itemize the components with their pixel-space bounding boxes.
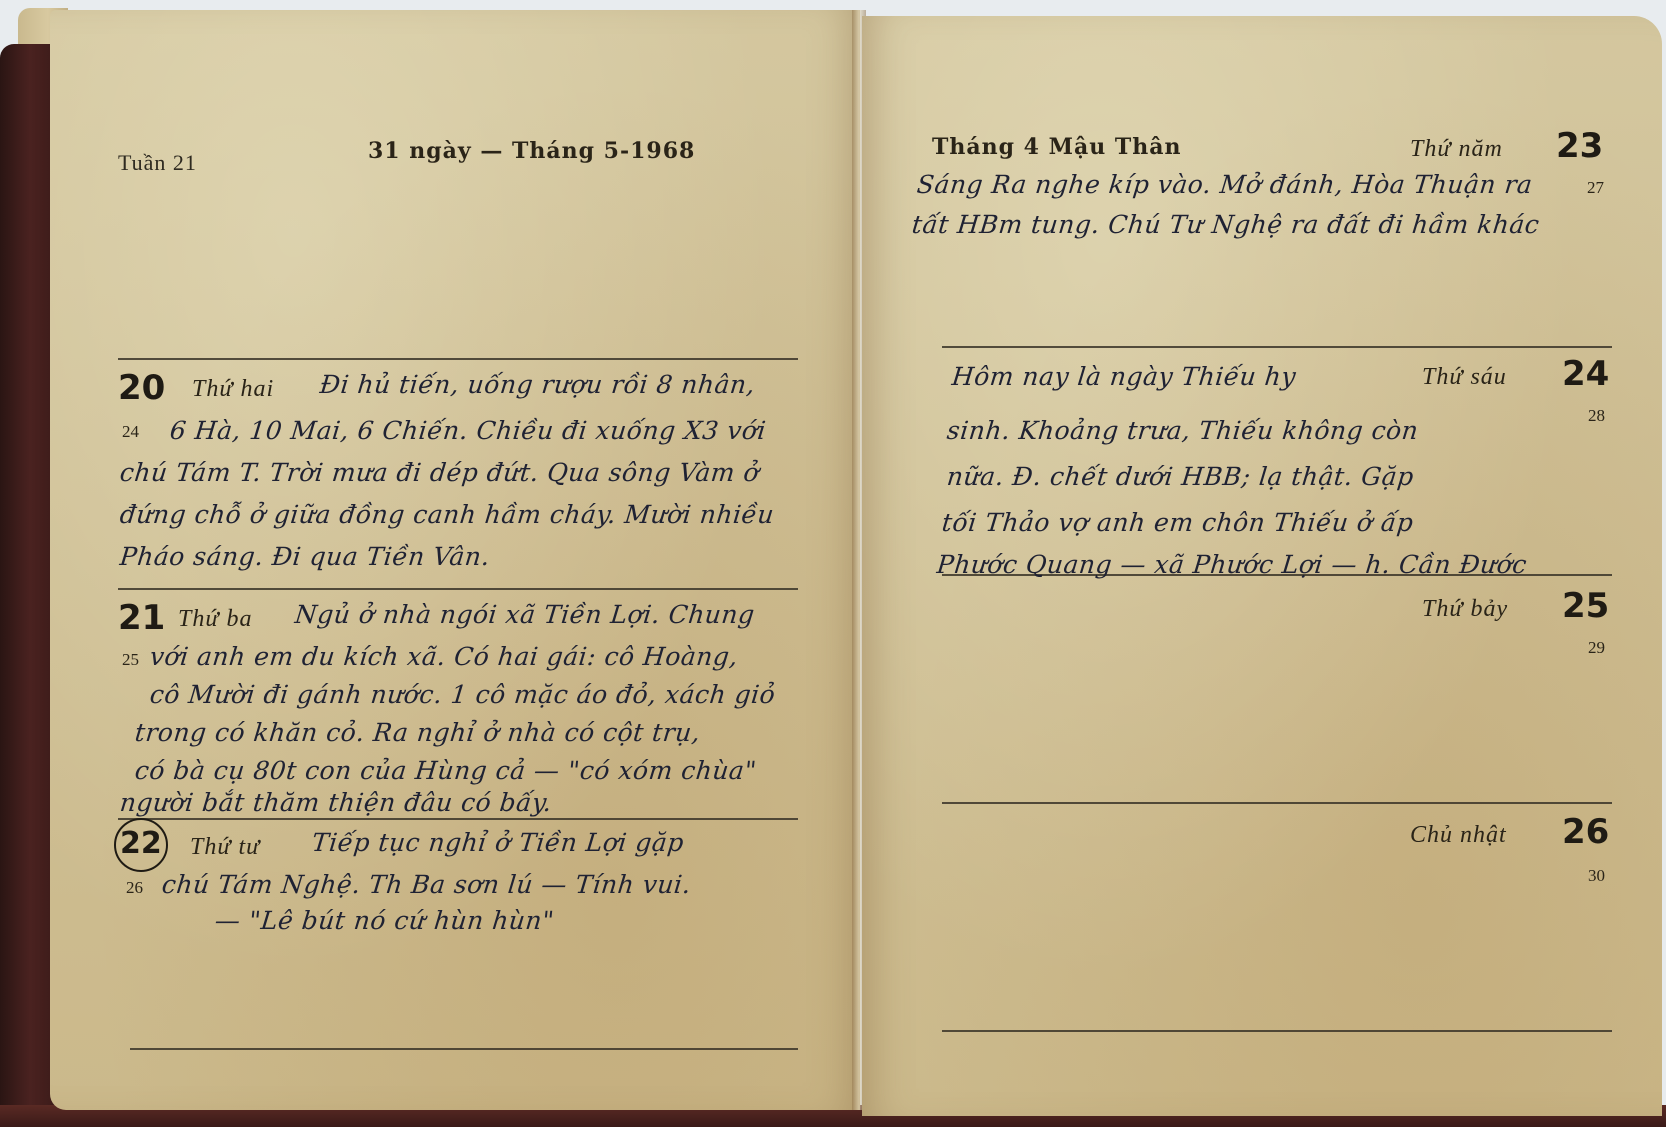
week-label: Tuần 21 xyxy=(118,150,197,176)
lunar-day: 29 xyxy=(1588,638,1605,658)
handwritten-line: Pháo sáng. Đi qua Tiền Vân. xyxy=(118,534,493,580)
handwritten-line: Phước Quang — xã Phước Lợi — h. Cần Đước xyxy=(935,542,1530,588)
handwritten-line: Tiếp tục nghỉ ở Tiền Lợi gặp xyxy=(310,820,687,866)
divider-rule xyxy=(942,802,1612,804)
weekday-label: Thứ hai xyxy=(192,376,274,403)
weekday-label: Thứ bảy xyxy=(1422,596,1508,623)
weekday-label: Thứ sáu xyxy=(1422,364,1507,391)
day-number: 23 xyxy=(1556,126,1603,166)
divider-rule xyxy=(130,1048,798,1050)
lunar-day: 26 xyxy=(126,878,143,898)
handwritten-line: tối Thảo vợ anh em chôn Thiếu ở ấp xyxy=(940,500,1416,546)
handwritten-line: sinh. Khoảng trưa, Thiếu không còn xyxy=(945,408,1421,454)
divider-rule xyxy=(118,358,798,360)
handwritten-line: — "Lê bút nó cứ hùn hùn" xyxy=(213,898,557,944)
handwritten-line: tất HBm tung. Chú Tư Nghệ ra đất đi hầm … xyxy=(910,202,1542,248)
day-number: 24 xyxy=(1562,354,1609,394)
weekday-label: Thứ tư xyxy=(190,834,260,861)
right-page: Tháng 4 Mậu Thân Thứ năm 23 27 Sáng Ra n… xyxy=(862,16,1662,1116)
handwritten-line: đứng chỗ ở giữa đồng canh hầm cháy. Mười… xyxy=(118,492,777,538)
lunar-day: 30 xyxy=(1588,866,1605,886)
left-page: Tuần 21 31 ngày — Tháng 5-1968 20 Thứ ha… xyxy=(50,10,860,1110)
weekday-label: Thứ ba xyxy=(178,606,252,633)
handwritten-line: Hôm nay là ngày Thiếu hy xyxy=(950,354,1299,400)
day-number: 25 xyxy=(1562,586,1609,626)
handwritten-line: Đi hủ tiến, uống rượu rồi 8 nhân, xyxy=(318,362,758,408)
handwritten-line: chú Tám T. Trời mưa đi dép đứt. Qua sông… xyxy=(118,450,762,496)
day-number: 20 xyxy=(118,368,165,408)
day-number: 21 xyxy=(118,598,165,638)
handwritten-line: 6 Hà, 10 Mai, 6 Chiến. Chiều đi xuống X3… xyxy=(168,408,769,454)
day-number: 22 xyxy=(120,826,162,861)
weekday-label: Thứ năm xyxy=(1410,136,1503,163)
lunar-day: 28 xyxy=(1588,406,1605,426)
lunar-day: 24 xyxy=(122,422,139,442)
month-header: 31 ngày — Tháng 5-1968 xyxy=(368,138,695,164)
divider-rule xyxy=(118,588,798,590)
day-number: 26 xyxy=(1562,812,1609,852)
lunar-day: 25 xyxy=(122,650,139,670)
divider-rule xyxy=(942,346,1612,348)
handwritten-line: Ngủ ở nhà ngói xã Tiền Lợi. Chung xyxy=(293,592,757,638)
divider-rule xyxy=(942,1030,1612,1032)
lunar-day: 27 xyxy=(1587,178,1604,198)
handwritten-line: nữa. Đ. chết dưới HBB; lạ thật. Gặp xyxy=(945,454,1417,500)
weekday-label: Chủ nhật xyxy=(1410,822,1507,849)
month-header-lunar: Tháng 4 Mậu Thân xyxy=(932,134,1182,160)
